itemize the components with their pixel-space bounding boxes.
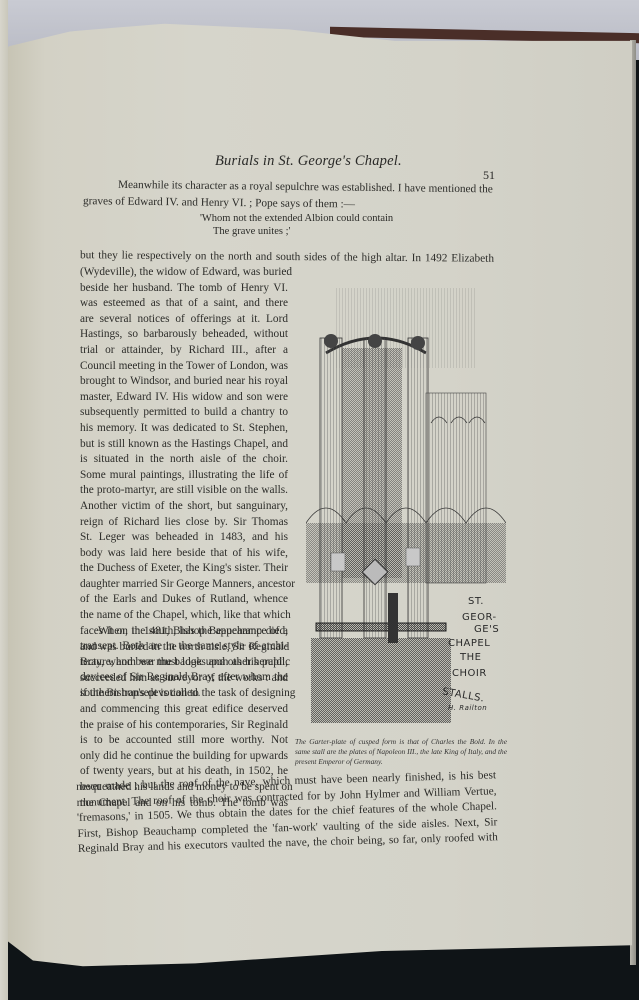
text-line: but is still known as the Hastings Chape… bbox=[80, 437, 288, 453]
illustration-lettering: ST. bbox=[468, 596, 484, 607]
text-line: brought to Windsor, and buried near his … bbox=[80, 374, 288, 390]
text-line: When, in 1481, Bishop Beauchamp died, bbox=[80, 624, 288, 640]
text-line: if the Bishop's devotion to the task of … bbox=[80, 686, 288, 702]
text-line: only did he continue the building for up… bbox=[80, 749, 288, 765]
illustration-lettering: THE bbox=[460, 652, 481, 663]
text-line: Bray, whom we must look upon as his pupi… bbox=[80, 655, 288, 671]
text-line: and commencing this great edifice deserv… bbox=[80, 702, 288, 718]
text-line: the proto-martyr, are still visible on t… bbox=[80, 483, 288, 499]
text-line: beside her husband. The tomb of Henry VI… bbox=[80, 281, 288, 297]
text-line: succeeded him as surveyor of the works :… bbox=[80, 671, 288, 687]
illustration-lettering: GE'S bbox=[474, 624, 499, 635]
facing-page-edge bbox=[0, 0, 8, 1000]
text-line: the Duchess of Exeter, the King's sister… bbox=[80, 561, 288, 577]
page-number: 51 bbox=[483, 168, 495, 183]
text-line: St. Leger was beheaded in 1483, and his bbox=[80, 530, 288, 546]
text-line: the name of the Chapel, which, like that… bbox=[80, 608, 288, 624]
running-head: Burials in St. George's Chapel. bbox=[215, 153, 402, 170]
illustration-lettering: CHAPEL bbox=[448, 638, 490, 649]
text-line: Some mural paintings, illustrating the l… bbox=[80, 468, 288, 484]
illustration-lettering: CHOIR bbox=[452, 668, 487, 679]
artist-signature: H. Railton bbox=[448, 704, 487, 712]
text-line: is to be accounted still more worthy. No… bbox=[80, 733, 288, 749]
text-line: and was buried in the north aisle, Sir R… bbox=[80, 640, 288, 656]
text-line: Another victim of the short, but sanguin… bbox=[80, 499, 288, 515]
block-quote: 'Whom not the extended Albion could cont… bbox=[200, 212, 393, 238]
text-line: his memory. It was dedicated to St. Step… bbox=[80, 421, 288, 437]
quote-line: The grave unites ;' bbox=[200, 225, 393, 238]
text-line: the praise of his contemporaries, Sir Re… bbox=[80, 718, 288, 734]
text-line: master, Edward IV. His widow and son wer… bbox=[80, 390, 288, 406]
illustration-lettering: GEOR- bbox=[462, 612, 497, 623]
choir-stalls-illustration bbox=[306, 283, 506, 733]
quote-line: 'Whom not the extended Albion could cont… bbox=[200, 213, 393, 224]
text-line: Council meeting in the Tower of London, … bbox=[80, 359, 288, 375]
text-line: Hastings, so barbarously beheaded, witho… bbox=[80, 327, 288, 343]
text-line: of the Earls and Dukes of Rutland, whenc… bbox=[80, 592, 288, 608]
text-line: subsequently permitted to build a chantr… bbox=[80, 405, 288, 421]
illustration-caption: The Garter-plate of cusped form is that … bbox=[295, 737, 507, 767]
text-line: was esteemed as that of a saint, and the… bbox=[80, 296, 288, 312]
text-line: daughter married Sir George Manners, anc… bbox=[80, 577, 288, 593]
text-line: body was laid here beside that of his wi… bbox=[80, 546, 288, 562]
text-line: are several notices of offerings at it. … bbox=[80, 312, 288, 328]
text-line: (Wydeville), the widow of Edward, was bu… bbox=[80, 265, 288, 281]
closing-paragraph: never made ; but the roof of the nave, w… bbox=[76, 768, 498, 858]
text-line: reign of Richard lies close by. Sir Thom… bbox=[80, 515, 288, 531]
text-line: is situated in the north aisle of the ch… bbox=[80, 452, 288, 468]
text-line: trial or attainder, by Richard III., aft… bbox=[80, 343, 288, 359]
